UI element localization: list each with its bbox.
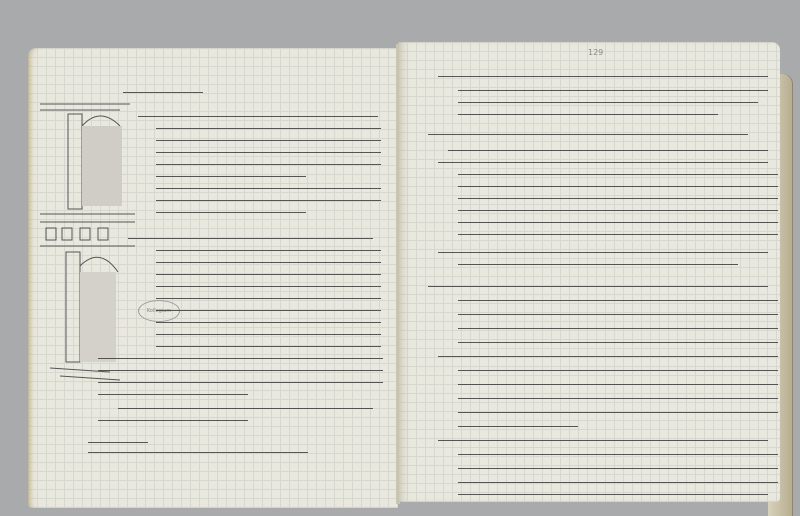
handwriting-line bbox=[128, 238, 373, 239]
handwriting-line bbox=[156, 274, 381, 275]
handwriting-line bbox=[156, 188, 381, 189]
handwriting-line bbox=[98, 420, 248, 421]
handwriting-line bbox=[156, 152, 381, 153]
architectural-sketch bbox=[40, 96, 140, 386]
handwriting-line bbox=[156, 346, 381, 347]
left-page: Kollegium bbox=[28, 48, 398, 508]
handwriting-line bbox=[458, 328, 778, 329]
handwriting-line bbox=[438, 440, 768, 441]
handwriting-line bbox=[458, 102, 758, 103]
handwriting-line bbox=[458, 198, 778, 199]
handwriting-line bbox=[458, 398, 778, 399]
handwriting-line bbox=[458, 468, 778, 469]
handwriting-line bbox=[438, 356, 778, 357]
handwriting-line bbox=[458, 90, 768, 91]
handwriting-line bbox=[458, 314, 778, 315]
handwriting-line bbox=[98, 370, 383, 371]
handwriting-line bbox=[88, 452, 308, 453]
handwriting-line bbox=[458, 342, 778, 343]
notebook: Kollegium 129 bbox=[28, 44, 772, 506]
right-page: 129 bbox=[398, 42, 780, 502]
handwriting-line bbox=[88, 442, 148, 443]
handwriting-line bbox=[458, 300, 778, 301]
handwriting-line bbox=[448, 150, 768, 151]
handwriting-line bbox=[156, 250, 381, 251]
handwriting-line bbox=[98, 394, 248, 395]
handwriting-line bbox=[156, 176, 306, 177]
handwriting-line bbox=[156, 310, 381, 311]
handwriting-line bbox=[98, 382, 383, 383]
handwriting-line bbox=[428, 134, 748, 135]
handwriting-line bbox=[458, 370, 778, 371]
handwriting-line bbox=[156, 164, 381, 165]
handwriting-line bbox=[458, 234, 778, 235]
handwriting-line bbox=[458, 114, 718, 115]
handwriting-line bbox=[156, 200, 381, 201]
library-stamp: Kollegium bbox=[138, 300, 180, 322]
handwriting-line bbox=[438, 76, 768, 77]
handwriting-line bbox=[458, 384, 778, 385]
handwriting-line bbox=[156, 322, 381, 323]
handwriting-line bbox=[458, 482, 778, 483]
handwriting-line bbox=[428, 286, 768, 287]
handwriting-line bbox=[156, 298, 381, 299]
handwriting-line bbox=[438, 162, 768, 163]
handwriting-line bbox=[156, 212, 306, 213]
handwriting-line bbox=[156, 262, 381, 263]
handwriting-line bbox=[156, 334, 381, 335]
handwriting-line bbox=[438, 252, 768, 253]
handwriting-line bbox=[123, 92, 203, 93]
handwriting-line bbox=[98, 358, 383, 359]
handwriting-line bbox=[458, 186, 778, 187]
handwriting-line bbox=[138, 116, 378, 117]
handwriting-line bbox=[458, 174, 778, 175]
handwriting-line bbox=[156, 286, 381, 287]
handwriting-line bbox=[118, 408, 373, 409]
handwriting-line bbox=[156, 128, 381, 129]
handwriting-line bbox=[458, 412, 778, 413]
handwriting-line bbox=[458, 264, 738, 265]
handwriting-line bbox=[458, 222, 778, 223]
handwriting-line bbox=[458, 210, 778, 211]
handwriting-line bbox=[156, 140, 381, 141]
handwriting-line bbox=[458, 494, 768, 495]
page-number: 129 bbox=[588, 48, 603, 57]
handwriting-line bbox=[458, 426, 578, 427]
handwriting-line bbox=[458, 454, 778, 455]
